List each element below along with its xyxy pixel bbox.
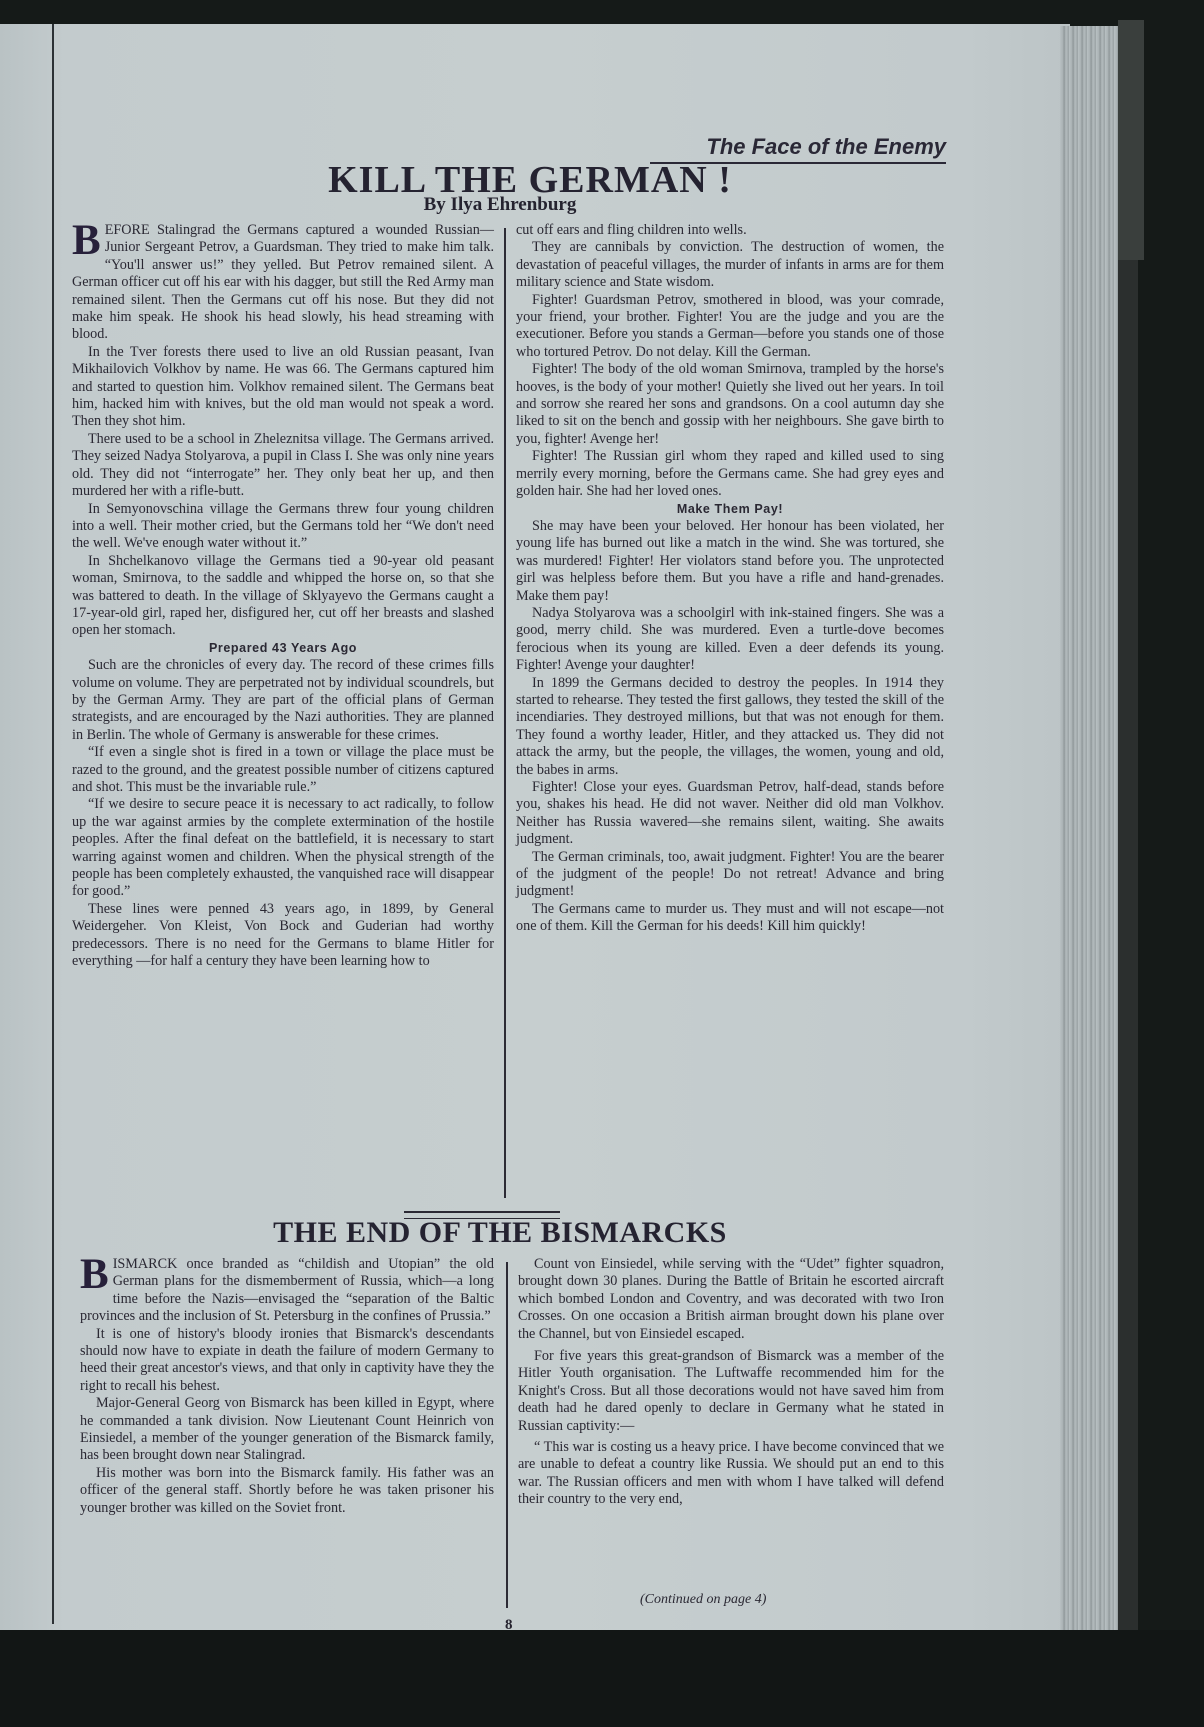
paragraph: In Semyonovschina village the Germans th… <box>72 501 494 553</box>
paragraph: BISMARCK once branded as “childish and U… <box>80 1256 494 1326</box>
paragraph: These lines were penned 43 years ago, in… <box>72 901 494 971</box>
article1-right-column: cut off ears and fling children into wel… <box>516 222 944 936</box>
gutter-line <box>52 24 54 1624</box>
paragraph: It is one of history's bloody ironies th… <box>80 1326 494 1396</box>
article2-right-column: Count von Einsiedel, while serving with … <box>518 1256 944 1509</box>
paragraph: The German criminals, too, await judgmen… <box>516 849 944 901</box>
paragraph: His mother was born into the Bismarck fa… <box>80 1465 494 1517</box>
paragraph: They are cannibals by conviction. The de… <box>516 239 944 291</box>
paragraph: Fighter! Close your eyes. Guardsman Petr… <box>516 779 944 849</box>
article1-left-column: BEFORE Stalingrad the Germans captured a… <box>72 222 494 970</box>
paragraph: For five years this great-grandson of Bi… <box>518 1348 944 1435</box>
paragraph: In Shchelkanovo village the Germans tied… <box>72 553 494 640</box>
paragraph: Major-General Georg von Bismarck has bee… <box>80 1395 494 1465</box>
page-edges <box>1060 26 1120 1636</box>
drop-cap: B <box>72 224 101 258</box>
paragraph: Nadya Stolyarova was a schoolgirl with i… <box>516 605 944 675</box>
paragraph: Fighter! The Russian girl whom they rape… <box>516 448 944 500</box>
table-surface <box>0 1630 1204 1727</box>
book-cover-edge <box>1118 20 1144 260</box>
paragraph: Fighter! Guardsman Petrov, smothered in … <box>516 292 944 362</box>
subheading: Prepared 43 Years Ago <box>72 640 494 657</box>
paragraph: “If even a single shot is fired in a tow… <box>72 744 494 796</box>
byline: By Ilya Ehrenburg <box>300 194 700 216</box>
article-title: THE END OF THE BISMARCKS <box>240 1216 760 1250</box>
book-cover-edge <box>1118 260 1138 1630</box>
continued-note: (Continued on page 4) <box>640 1592 766 1608</box>
article2-left-column: BISMARCK once branded as “childish and U… <box>80 1256 494 1517</box>
paragraph: Count von Einsiedel, while serving with … <box>518 1256 944 1343</box>
paragraph: BEFORE Stalingrad the Germans captured a… <box>72 222 494 344</box>
page-number: 8 <box>505 1617 513 1634</box>
column-rule <box>506 1262 508 1608</box>
paragraph: cut off ears and fling children into wel… <box>516 222 944 239</box>
drop-cap: B <box>80 1258 109 1292</box>
paragraph: Such are the chronicles of every day. Th… <box>72 657 494 744</box>
paragraph: There used to be a school in Zheleznitsa… <box>72 431 494 501</box>
paragraph: Fighter! The body of the old woman Smirn… <box>516 361 944 448</box>
paragraph: She may have been your beloved. Her hono… <box>516 518 944 605</box>
paragraph: In the Tver forests there used to live a… <box>72 344 494 431</box>
paragraph: The Germans came to murder us. They must… <box>516 901 944 936</box>
subheading: Make Them Pay! <box>516 501 944 518</box>
paragraph: In 1899 the Germans decided to destroy t… <box>516 675 944 779</box>
column-rule <box>504 228 506 1198</box>
paragraph: “ This war is costing us a heavy price. … <box>518 1439 944 1509</box>
paragraph: “If we desire to secure peace it is nece… <box>72 796 494 900</box>
